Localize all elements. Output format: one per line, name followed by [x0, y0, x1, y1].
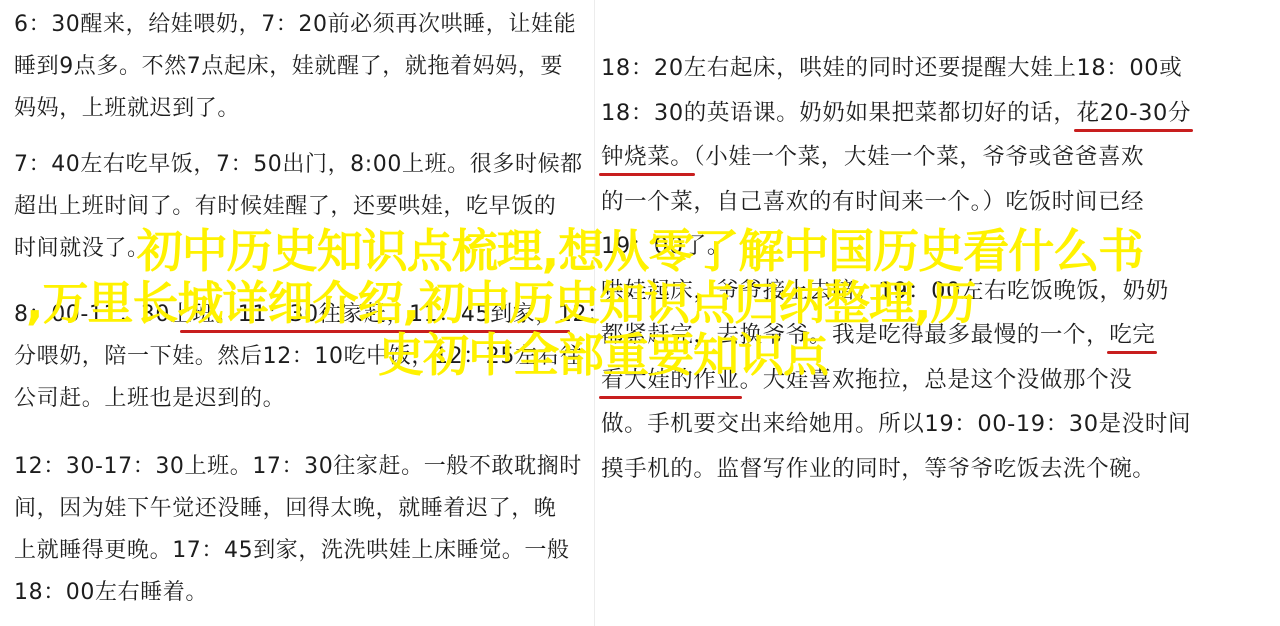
text-line: 7：40左右吃早饭，7：50出门，8:00上班。很多时候都: [14, 144, 583, 186]
text-line: 妈妈，上班就迟到了。: [14, 88, 576, 130]
paragraph-1820: 18：20左右起床，哄娃的同时还要提醒大娃上18：00或 18：30的英语课。奶…: [601, 46, 1191, 491]
text-line: 都紧赶完，去换爷爷。我是吃得最多最慢的一个，吃完: [601, 313, 1191, 358]
red-underline-mark: [180, 330, 570, 333]
text-line: 时间就没了。: [14, 228, 583, 270]
text-line: 12：30-17：30上班。17：30往家赶。一般不敢耽搁时: [14, 446, 582, 488]
text-line: 哄娃起床，爷爷接上去陪。19：00左右吃饭晚饭，奶奶: [601, 269, 1191, 314]
text-line: 钟烧菜。（小娃一个菜，大娃一个菜，爷爷或爸爸喜欢: [601, 135, 1191, 180]
text-line: 19：00了。: [601, 224, 1191, 269]
text-line: 间，因为娃下午觉还没睡，回得太晚，就睡着迟了，晚: [14, 488, 582, 530]
paragraph-1230: 12：30-17：30上班。17：30往家赶。一般不敢耽搁时 间，因为娃下午觉还…: [14, 446, 582, 614]
underlined-text: 花20-30分: [1076, 100, 1191, 126]
paragraph-0630: 6：30醒来，给娃喂奶，7：20前必须再次哄睡，让娃能 睡到9点多。不然7点起床…: [14, 4, 576, 130]
screenshot-canvas: 6：30醒来，给娃喂奶，7：20前必须再次哄睡，让娃能 睡到9点多。不然7点起床…: [0, 0, 1280, 626]
text-line: 上就睡得更晚。17：45到家，洗洗哄娃上床睡觉。一般: [14, 530, 582, 572]
underlined-text: 钟烧菜。: [601, 144, 693, 170]
paragraph-0740: 7：40左右吃早饭，7：50出门，8:00上班。很多时候都 超出上班时间了。有时…: [14, 144, 583, 270]
text-line: 看大娃的作业。大娃喜欢拖拉，总是这个没做那个没: [601, 358, 1191, 403]
text-line: 做。手机要交出来给她用。所以19：00-19：30是没时间: [601, 402, 1191, 447]
text-line: 分喂奶，陪一下娃。然后12：10吃中饭，12：25左右往: [14, 336, 639, 378]
text-line: 6：30醒来，给娃喂奶，7：20前必须再次哄睡，让娃能: [14, 4, 576, 46]
underlined-text: 看大娃的作业: [601, 367, 740, 393]
text-line: 的一个菜，自己喜欢的有时间来一个。）吃饭时间已经: [601, 180, 1191, 225]
left-text-panel: 6：30醒来，给娃喂奶，7：20前必须再次哄睡，让娃能 睡到9点多。不然7点起床…: [0, 0, 592, 626]
text-segment: （小娃一个菜，大娃一个菜，爷爷或爸爸喜欢: [693, 144, 1144, 170]
text-line: 公司赶。上班也是迟到的。: [14, 378, 639, 420]
paragraph-0800: 8：00-11：30上班。11：30往家赶，11：45到家，12：20 分喂奶，…: [14, 294, 639, 420]
underlined-text: 吃完: [1109, 322, 1155, 348]
text-line: 18：20左右起床，哄娃的同时还要提醒大娃上18：00或: [601, 46, 1191, 91]
text-line: 18：30的英语课。奶奶如果把菜都切好的话，花20-30分: [601, 91, 1191, 136]
text-line: 摸手机的。监督写作业的同时，等爷爷吃饭去洗个碗。: [601, 447, 1191, 492]
text-line: 睡到9点多。不然7点起床，娃就醒了，就拖着妈妈，要: [14, 46, 576, 88]
text-segment: 。大娃喜欢拖拉，总是这个没做那个没: [740, 367, 1133, 393]
text-segment: 都紧赶完，去换爷爷。我是吃得最多最慢的一个，: [601, 322, 1109, 348]
text-line: 18：00左右睡着。: [14, 572, 582, 614]
text-segment: 18：30的英语课。奶奶如果把菜都切好的话，: [601, 100, 1076, 126]
text-line: 超出上班时间了。有时候娃醒了，还要哄娃，吃早饭的: [14, 186, 583, 228]
right-text-panel: 18：20左右起床，哄娃的同时还要提醒大娃上18：00或 18：30的英语课。奶…: [594, 0, 1280, 626]
